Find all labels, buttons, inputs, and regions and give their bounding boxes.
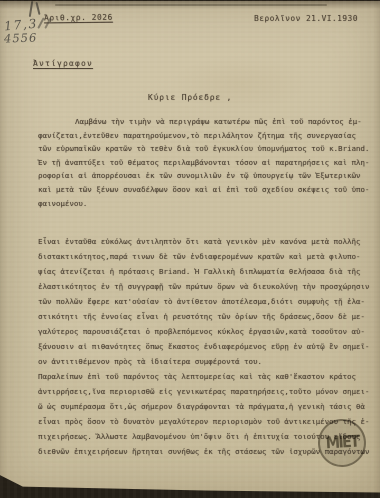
text-line: τῶν εὐρωπαϊκῶν κρατῶν τὸ τεθὲν διὰ τοῦ ἐ… — [38, 142, 375, 156]
text-line: ξάνουσιν αἱ πιθανότητες ὅπως ἕκαστος ἐνδ… — [38, 339, 375, 354]
handwritten-number-2: 4556 — [4, 30, 38, 45]
text-line: διστακτικότητος,παρά τινων δὲ τῶν ἐνδιαφ… — [38, 249, 375, 264]
text-line: Εἶναι ἐνταῦθα εὐκόλως ἀντιληπτὸν ὅτι κατ… — [38, 234, 375, 249]
text-line: τῶν πολλῶν ἔφερε κατ'οὐσίαν τὸ ἀντίθετον… — [38, 294, 375, 309]
body-paragraph-2: Εἶναι ἐνταῦθα εὐκόλως ἀντιληπτὸν ὅτι κατ… — [38, 234, 375, 369]
pencil-stroke — [29, 1, 33, 17]
text-line: στικότητι τῆς ἐννοίας εἶναι ἡ ρευστότης … — [38, 309, 375, 324]
text-line: ἐλαστικότητος ἐν τῇ συγγραφῇ τῶν πρώτων … — [38, 279, 375, 294]
pencil-stroke — [35, 2, 40, 15]
text-line: ροφορίαι αἱ ἀπορρέουσαι ἐκ τῶν συνομιλιῶ… — [38, 169, 375, 183]
date-line: Βερολῖνον 21.VI.1930 — [254, 14, 358, 23]
archive-stamp-monogram: ΜΙΕΤ — [325, 433, 358, 453]
text-line: Παραλείπων ἐπὶ τοῦ παρόντος τὰς λεπτομερ… — [38, 369, 375, 384]
text-line: φαινομένου. — [38, 197, 375, 211]
text-line: γαλύτερος παρουσιάζεται ὁ προβλεπόμενος … — [38, 324, 375, 339]
scanned-letter-page: Ἀριθ.χρ. 2026 Βερολῖνον 21.VI.1930 Ἀντίγ… — [0, 1, 380, 497]
text-line: φανίζεται,ἐντεῦθεν παρατηρούμενον,τὸ περ… — [38, 129, 375, 143]
text-line: ἀντιρρήσεις,ἵνα περιορισθῶ εἰς γενικωτέρ… — [38, 384, 375, 399]
copy-label: Ἀντίγραφον — [33, 59, 93, 68]
reference-number: Ἀριθ.χρ. 2026 — [44, 13, 113, 23]
text-line: ψίας ἀτενίζεται ἡ πρότασις Briand. Ἡ Γαλ… — [38, 264, 375, 279]
body-paragraph-1: Λαμβάνω τὴν τιμὴν νὰ περιγράψω κατωτέρω … — [38, 115, 375, 210]
text-line: Λαμβάνω τὴν τιμὴν νὰ περιγράψω κατωτέρω … — [38, 115, 375, 129]
pencil-stroke — [37, 17, 44, 28]
text-line: ον ἀντιτιθέμενον πρὸς τὰ ἰδιαίτερα συμφέ… — [38, 354, 375, 369]
text-line: Ἐν τῇ ἀναπτύξει τοῦ θέματος περιλαμβάνον… — [38, 156, 375, 170]
text-line: καὶ μετὰ τῶν ξένων συναδέλφων ὅσον καὶ α… — [38, 183, 375, 197]
text-line: ῶ ὡς συμπέρασμα ὅτι,ὡς σήμερον διαγράφον… — [38, 399, 375, 414]
paper-stain — [170, 56, 310, 111]
salutation: Κύριε Πρόεδρε , — [0, 93, 380, 102]
